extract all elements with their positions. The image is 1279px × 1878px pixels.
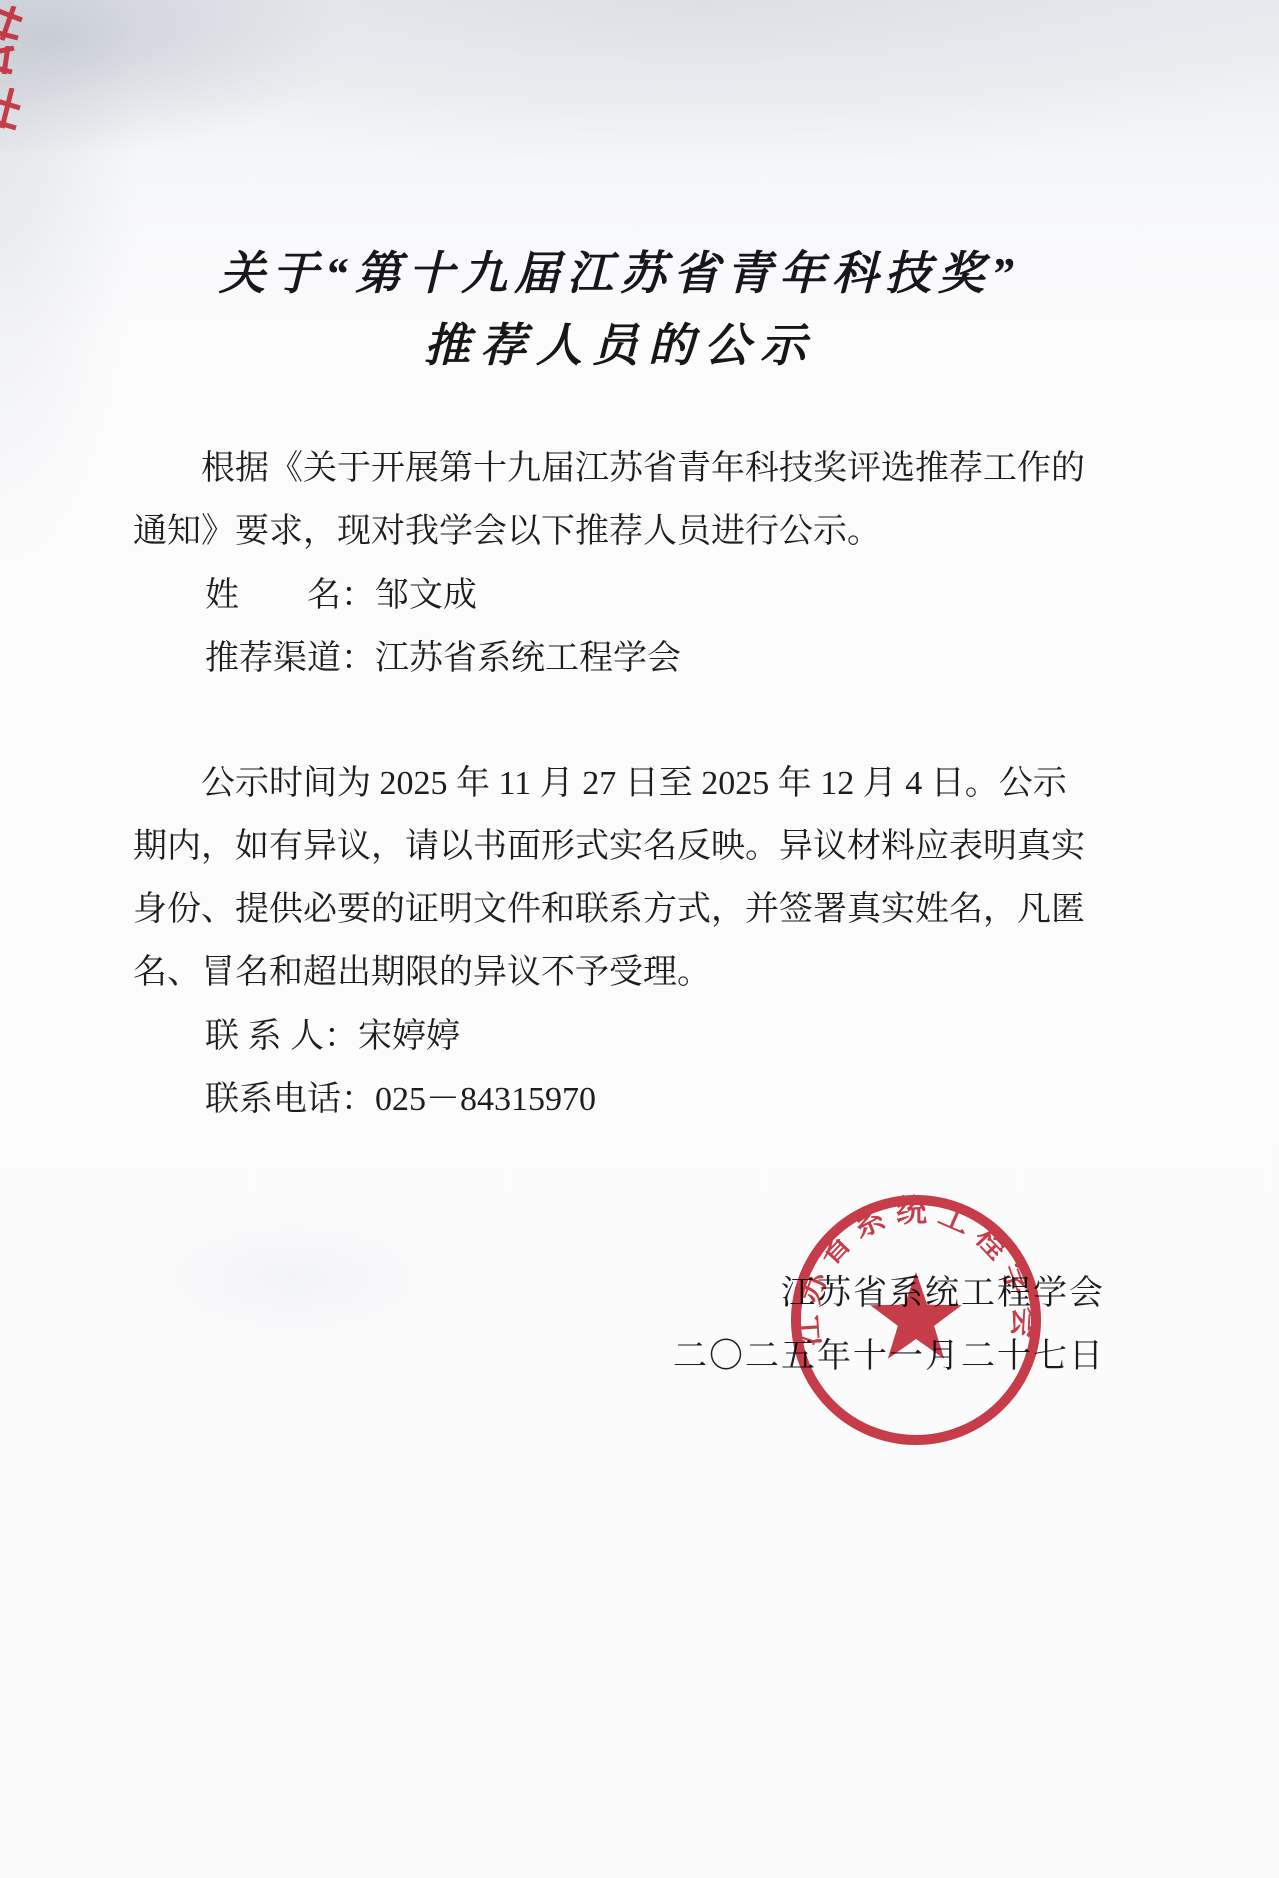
- official-seal: 江苏省系统工程学会: [788, 1192, 1044, 1448]
- scan-artifact-red-2: [0, 46, 18, 76]
- contact-person-label: 联 系 人：: [205, 1018, 358, 1055]
- notice-paragraph: 公示时间为 2025 年 11 月 27 日至 2025 年 12 月 4 日。…: [133, 752, 1093, 1004]
- intro-line: 根据《关于开展第十九届江苏省青年科技奖评选推荐工作的: [133, 437, 1093, 500]
- document-page: 关于“第十九届江苏省青年科技奖” 推荐人员的公示 根据《关于开展第十九届江苏省青…: [0, 0, 1279, 1878]
- contact-block: 联 系 人：宋婷婷 联系电话：025－84315970: [133, 1005, 1093, 1131]
- contact-phone-value: 025－84315970: [375, 1081, 596, 1118]
- contact-person: 联 系 人：宋婷婷: [133, 1005, 1093, 1068]
- channel-value: 江苏省系统工程学会: [375, 640, 681, 677]
- nominee-fields: 姓 名：邹文成 推荐渠道：江苏省系统工程学会: [133, 564, 1093, 690]
- name-value: 邹文成: [375, 577, 477, 614]
- name-field: 姓 名：邹文成: [133, 564, 1093, 627]
- seal-star-icon: [870, 1272, 961, 1359]
- contact-phone-label: 联系电话：: [205, 1081, 375, 1118]
- intro-paragraph: 根据《关于开展第十九届江苏省青年科技奖评选推荐工作的 通知》要求，现对我学会以下…: [133, 437, 1093, 563]
- scan-artifact-red-1: [0, 6, 26, 42]
- contact-person-value: 宋婷婷: [358, 1018, 460, 1055]
- notice-line: 身份、提供必要的证明文件和联系方式，并签署真实姓名，凡匿: [133, 878, 1093, 941]
- name-label: 姓 名：: [205, 577, 375, 614]
- channel-label: 推荐渠道：: [205, 640, 375, 677]
- title-line-1: 关于“第十九届江苏省青年科技奖”: [110, 238, 1130, 310]
- document-title: 关于“第十九届江苏省青年科技奖” 推荐人员的公示: [110, 238, 1130, 382]
- notice-line: 公示时间为 2025 年 11 月 27 日至 2025 年 12 月 4 日。…: [133, 752, 1093, 815]
- scan-artifact-red-3: [0, 88, 24, 132]
- contact-phone: 联系电话：025－84315970: [133, 1068, 1093, 1131]
- intro-line: 通知》要求，现对我学会以下推荐人员进行公示。: [133, 500, 1093, 563]
- channel-field: 推荐渠道：江苏省系统工程学会: [133, 627, 1093, 690]
- notice-line: 名、冒名和超出期限的异议不予受理。: [133, 941, 1093, 1004]
- notice-line: 期内，如有异议，请以书面形式实名反映。异议材料应表明真实: [133, 815, 1093, 878]
- title-line-2: 推荐人员的公示: [110, 310, 1130, 382]
